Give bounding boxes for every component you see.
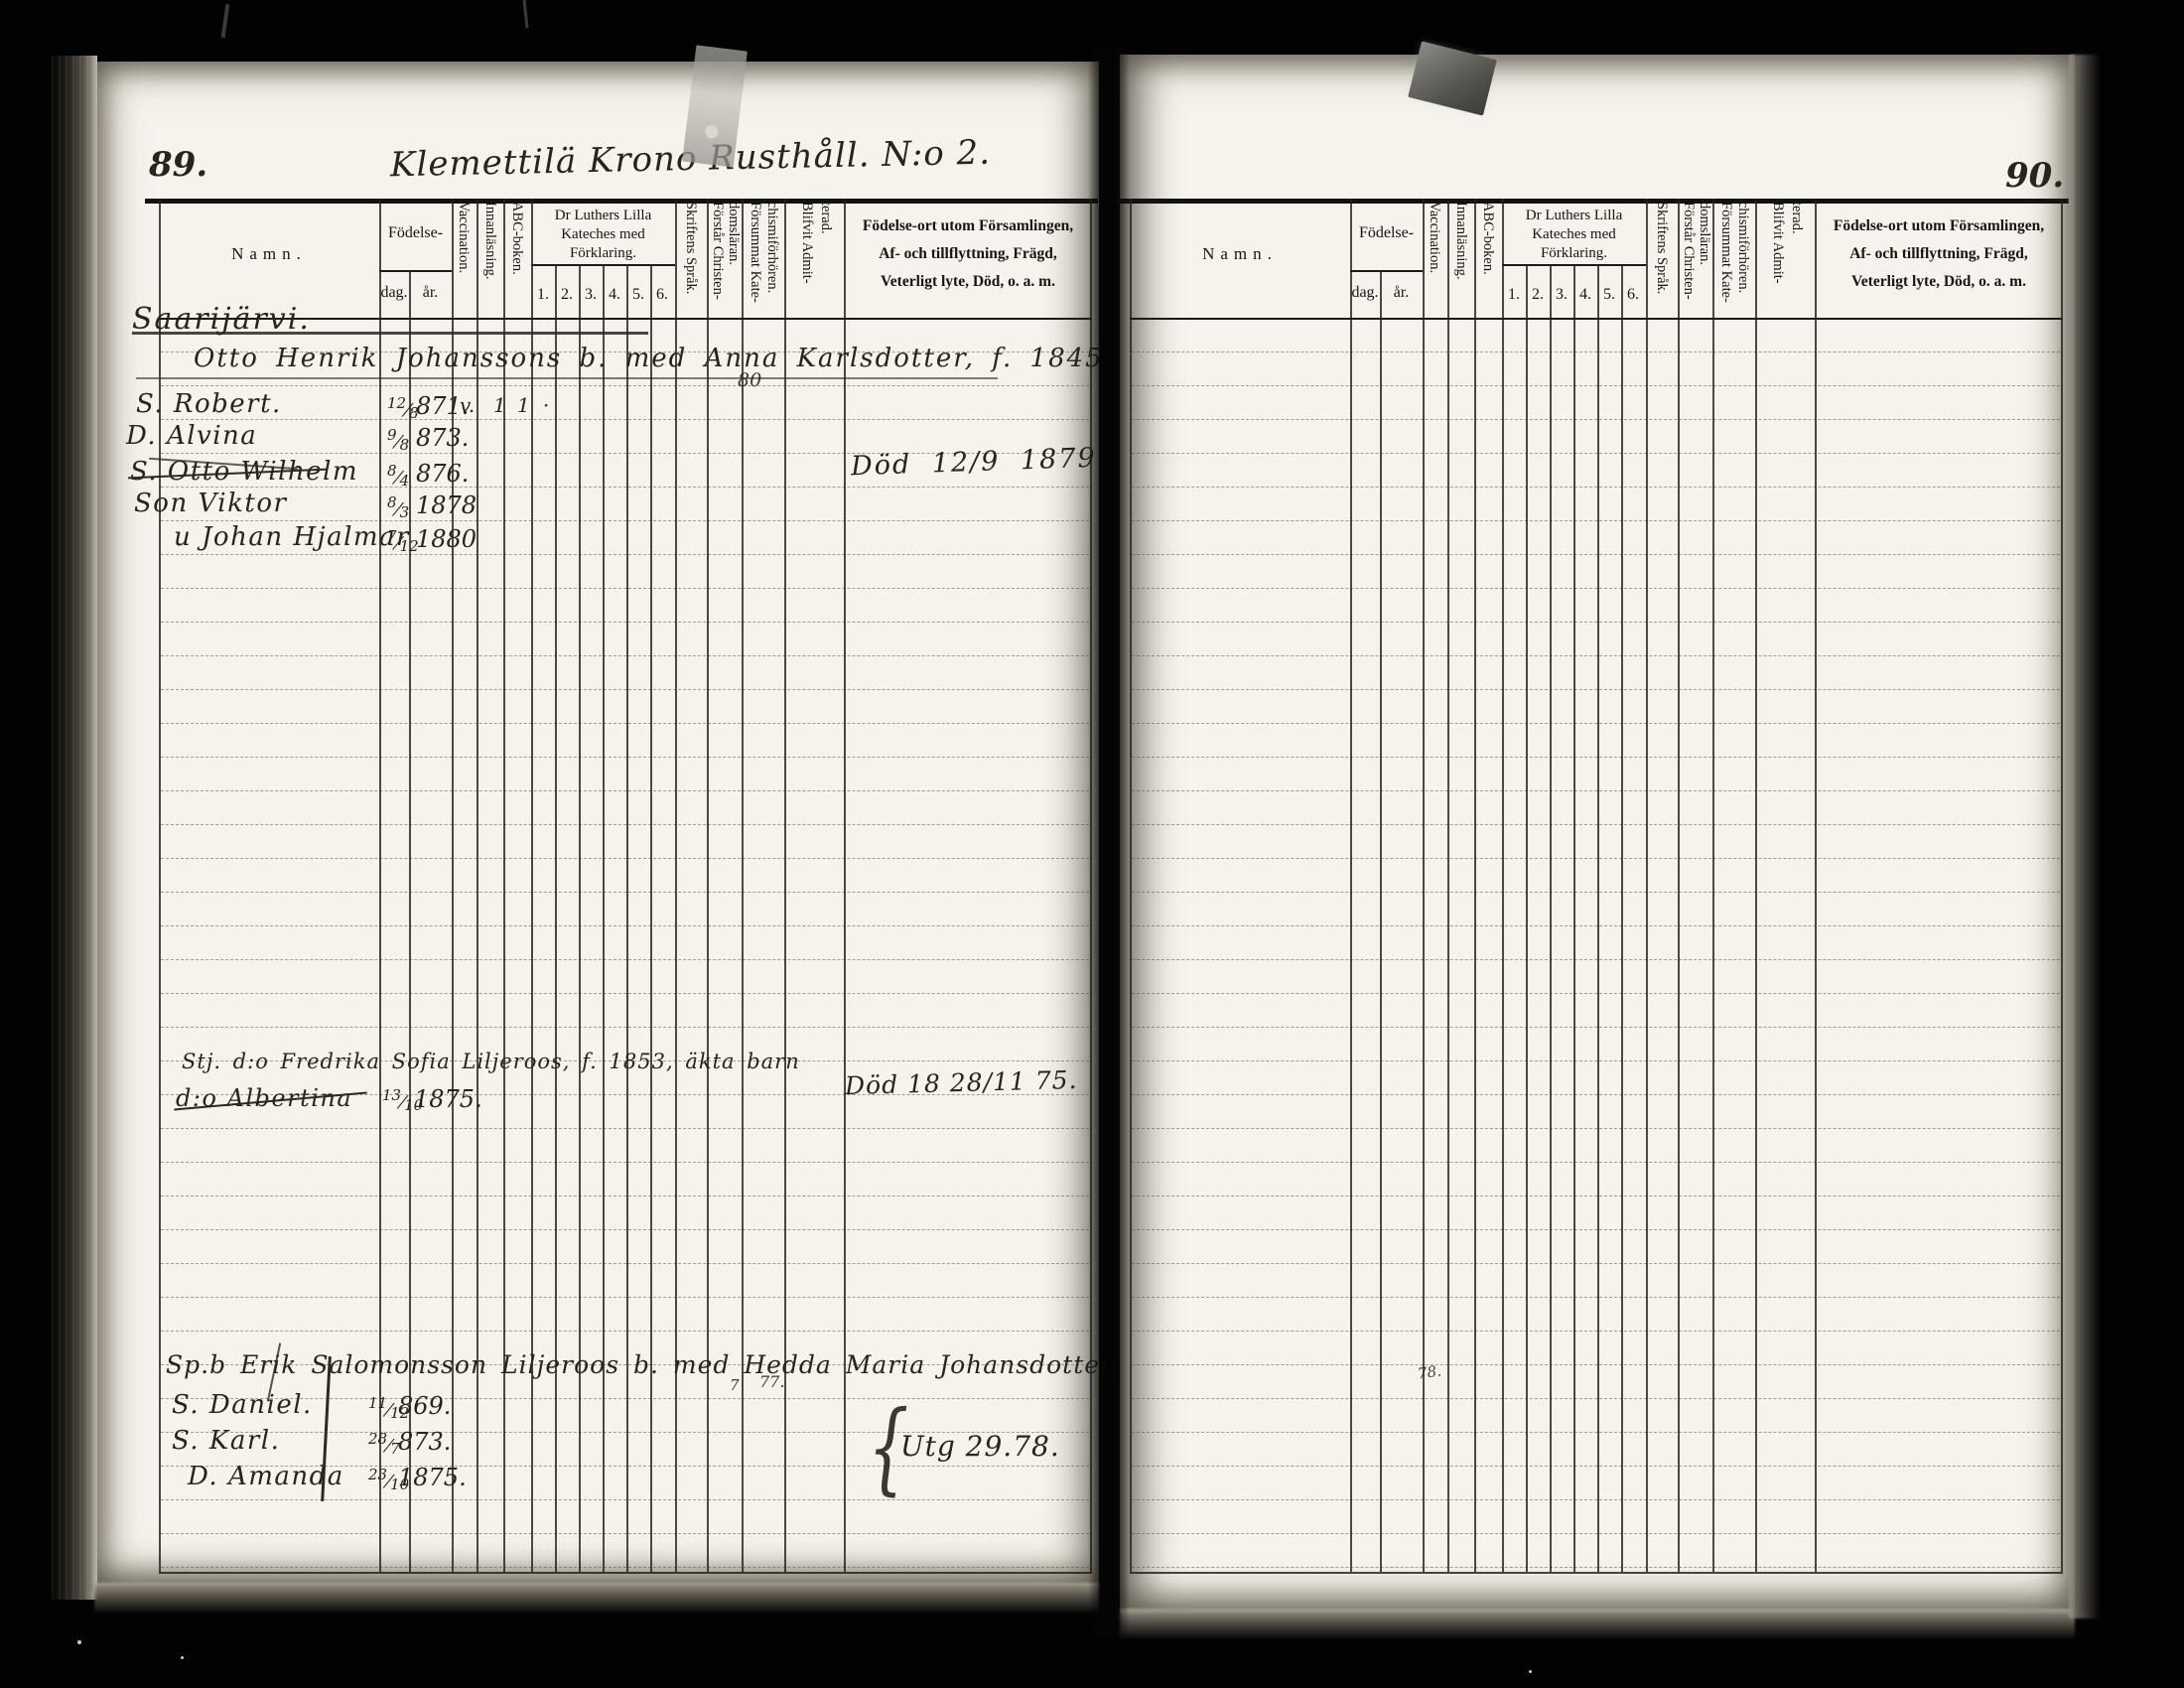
death-note: Död 18 28/11 75. <box>845 1065 1078 1100</box>
ruled-row-line <box>161 1499 1089 1500</box>
table-right: Namn. Födelse- dag. år. Vaccination. Inn… <box>1130 199 2063 1574</box>
family1-header: Otto Henrik Johanssons b. med Anna Karls… <box>194 344 1114 373</box>
table-top-rule <box>145 199 1098 204</box>
entry-name: Son Viktor <box>134 489 287 518</box>
ruled-row-line <box>1132 1027 2060 1028</box>
table-bottom-rule <box>159 1572 1092 1574</box>
kateches-subcol-1: 1. <box>1502 286 1526 304</box>
col-header-vaccination: Vaccination. <box>452 202 477 365</box>
col-header-kateches: Dr Luthers Lilla Kateches med Förklaring… <box>531 207 675 263</box>
ruled-row-line <box>1132 993 2060 994</box>
ruled-row-line <box>1132 1162 2060 1163</box>
entry-birth-day: 12⁄8 <box>387 394 419 422</box>
ruled-row-line <box>161 655 1089 656</box>
col-header-abc-boken: ABC-boken. <box>503 202 531 365</box>
ruled-row-line <box>161 858 1089 859</box>
ruled-row-line <box>161 1128 1089 1129</box>
family3-ref-number: 7 <box>730 1376 740 1394</box>
col-header-innanlasning: Innanläsning. <box>477 202 503 365</box>
col-header-namn: Namn. <box>1130 244 1350 264</box>
page-right-90: 90. Namn. Födelse- dag. år. Vaccination.… <box>1120 55 2075 1614</box>
ruled-row-line <box>161 757 1089 758</box>
page-number-left: 89. <box>149 145 207 185</box>
table-bottom-rule <box>1130 1572 2063 1574</box>
page-left-89: 89. Klemettilä Krono Rusthåll. N:o 2. Na… <box>94 62 1099 1586</box>
ruled-row-line <box>161 824 1089 825</box>
col-header-forsummat-katechismiforhoren: Försummat Kate- chismiförhören. <box>742 202 784 365</box>
ruled-row-line <box>161 1229 1089 1230</box>
column-rule-line <box>1380 270 1382 1572</box>
ruled-row-line <box>1132 1432 2060 1433</box>
ruled-row-line <box>1132 1229 2060 1230</box>
entry-birth-year: 1880 <box>416 525 477 553</box>
col-header-kateches: Dr Luthers Lilla Kateches med Förklaring… <box>1502 207 1646 263</box>
book-spine-edge <box>52 56 97 1600</box>
ruled-row-line <box>161 892 1089 893</box>
ruled-row-line <box>1132 588 2060 589</box>
ruled-row-line <box>1132 622 2060 623</box>
col-header-ar: år. <box>409 284 452 302</box>
kateches-subcol-5: 5. <box>626 286 650 304</box>
column-rule-line <box>1474 199 1476 1572</box>
ruled-row-line <box>161 520 1089 521</box>
ruled-row-line <box>1132 1533 2060 1534</box>
ruled-row-line <box>1132 858 2060 859</box>
entry-name: u Johan Hjalmar <box>174 522 410 552</box>
col-header-ar: år. <box>1380 284 1423 302</box>
kateches-subcol-2: 2. <box>1526 286 1550 304</box>
ruled-row-line <box>1132 1060 2060 1061</box>
kateches-subcol-3: 3. <box>1550 286 1573 304</box>
entry-birth-year: 873. <box>398 1428 451 1456</box>
family1-ref-number: 80 <box>738 369 761 391</box>
col-header-forstar-christendomslaran: Förstår Christen- domsläran. <box>707 202 742 365</box>
ruled-row-line <box>1132 554 2060 555</box>
col-header-fodelse: Födelse- <box>1350 224 1423 242</box>
column-rule-line <box>1447 199 1449 1572</box>
ruled-row-line <box>1132 1263 2060 1264</box>
column-rule-line <box>2061 199 2063 1572</box>
ruled-row-line <box>161 1263 1089 1264</box>
column-rule-line <box>1712 199 1714 1572</box>
col-header-blifvit-admitterad: Blifvit Admit- terad. <box>1755 202 1815 336</box>
kateches-subcol-4: 4. <box>1573 286 1597 304</box>
ruled-row-line <box>1132 487 2060 488</box>
scanned-register-spread: 89. Klemettilä Krono Rusthåll. N:o 2. Na… <box>0 0 2184 1688</box>
scan-streak <box>523 0 529 28</box>
col-header-skriftens-sprak: Skriftens Språk. <box>1646 202 1678 365</box>
column-rule-line <box>1130 199 1132 1572</box>
ruled-row-line <box>161 993 1089 994</box>
ruled-row-line <box>1132 1128 2060 1129</box>
ruled-row-line <box>1132 723 2060 724</box>
ruled-row-line <box>161 1331 1089 1332</box>
ruled-row-line <box>161 723 1089 724</box>
family1-underline <box>136 377 998 379</box>
ruled-row-line <box>1132 959 2060 960</box>
ruled-row-line <box>1132 453 2060 454</box>
entry-birth-year: 869. <box>398 1392 451 1420</box>
column-rule-line <box>1621 264 1623 1572</box>
ruled-row-line <box>1132 1499 2060 1500</box>
col-header-skriftens-sprak: Skriftens Språk. <box>675 202 707 365</box>
entry-birth-year: 1875. <box>414 1085 482 1113</box>
section-underline <box>132 332 648 335</box>
ruled-row-line <box>1132 385 2060 386</box>
entry-name: S. Daniel. <box>172 1390 313 1420</box>
entry-birth-day: 9⁄8 <box>387 426 409 454</box>
ruled-row-line <box>161 622 1089 623</box>
dust-speck <box>181 1656 184 1659</box>
ruled-row-line <box>1132 925 2060 926</box>
fodelse-divider-rule <box>379 270 452 272</box>
scan-streak <box>221 4 230 38</box>
col-header-abc-boken: ABC-boken. <box>1474 202 1502 365</box>
page-number-right: 90. <box>2005 156 2064 196</box>
kateches-subcol-5: 5. <box>1597 286 1621 304</box>
ruled-row-line <box>161 1533 1089 1534</box>
kateches-subcol-2: 2. <box>555 286 579 304</box>
vaccination-mark: v. <box>460 393 475 417</box>
column-rule-line <box>1573 264 1575 1572</box>
ruled-row-line <box>161 959 1089 960</box>
ruled-row-line <box>161 487 1089 488</box>
kateches-subcol-6: 6. <box>1621 286 1645 304</box>
entry-birth-year: 1878 <box>416 492 477 519</box>
column-rule-line <box>1755 199 1757 1572</box>
col-header-vaccination: Vaccination. <box>1423 202 1447 365</box>
ruled-row-line <box>161 790 1089 791</box>
col-header-forstar-christendomslaran: Förstår Christen- domsläran. <box>1678 202 1712 365</box>
entry-name: S. Robert. <box>136 389 282 419</box>
stray-pen-mark: 78. <box>1417 1361 1442 1382</box>
page-right-edge <box>2069 55 2101 1618</box>
abc-mark: 1 <box>517 393 530 417</box>
ruled-row-line <box>1132 892 2060 893</box>
ruled-row-line <box>161 1162 1089 1163</box>
column-rule-line <box>1597 264 1599 1572</box>
ruled-row-line <box>1132 520 2060 521</box>
ruled-row-line <box>1132 689 2060 690</box>
kateches-subcol-4: 4. <box>603 286 626 304</box>
entry-birth-day: 7⁄12 <box>387 527 419 555</box>
innanlasning-mark: 1 <box>493 393 506 417</box>
family3-ref-number: 77. <box>759 1372 784 1391</box>
column-rule-line <box>1815 199 1817 1572</box>
col-header-dag: dag. <box>1350 284 1380 302</box>
fodelse-divider-rule <box>1350 270 1423 272</box>
entry-name: S. Karl. <box>172 1426 280 1456</box>
ruled-row-line <box>161 689 1089 690</box>
kateches-subcol-1: 1. <box>531 286 555 304</box>
kateches-subcol-6: 6. <box>650 286 674 304</box>
ruled-row-line <box>1132 1196 2060 1196</box>
ruled-row-line <box>161 925 1089 926</box>
ruled-row-line <box>161 419 1089 420</box>
ruled-row-line <box>1132 419 2060 420</box>
entry-birth-day: 8⁄4 <box>387 462 409 490</box>
ruled-row-line <box>1132 1398 2060 1399</box>
ruled-row-line <box>1132 1331 2060 1332</box>
column-rule-line <box>1502 199 1504 1572</box>
ruled-row-line <box>161 1567 1089 1568</box>
header-bottom-rule <box>1130 318 2063 320</box>
col-header-namn: Namn. <box>159 244 379 264</box>
ruled-row-line <box>1132 1466 2060 1467</box>
col-header-remarks: Födelse-ort utom Församlingen, Af- och t… <box>1817 212 2061 296</box>
ruled-row-line <box>1132 824 2060 825</box>
ruled-row-line <box>1132 790 2060 791</box>
ruled-row-line <box>1132 1094 2060 1095</box>
ruled-row-line <box>1132 655 2060 656</box>
col-header-blifvit-admitterad: Blifvit Admit- terad. <box>784 202 844 336</box>
entry-birth-year: 873. <box>416 424 469 452</box>
ruled-row-line <box>1132 1364 2060 1365</box>
ruled-row-line <box>161 588 1089 589</box>
ruled-row-line <box>161 385 1089 386</box>
col-header-remarks: Födelse-ort utom Församlingen, Af- och t… <box>846 212 1090 296</box>
moved-out-note: Utg 29.78. <box>900 1430 1060 1463</box>
column-rule-line <box>1550 264 1552 1572</box>
column-rule-line <box>1646 199 1648 1572</box>
entry-birth-year: 876. <box>416 460 469 488</box>
column-rule-line <box>1678 199 1680 1572</box>
ruled-row-line <box>1132 1297 2060 1298</box>
table-top-rule <box>1116 199 2069 204</box>
page-bottom-edge <box>94 1583 1099 1613</box>
book-gutter-shadow <box>1088 48 1130 1636</box>
col-header-forsummat-katechismiforhoren: Försummat Kate- chismiförhören. <box>1712 202 1755 365</box>
ruled-row-line <box>1132 757 2060 758</box>
column-rule-line <box>1526 264 1528 1572</box>
col-header-innanlasning: Innanläsning. <box>1447 202 1474 365</box>
col-header-dag: dag. <box>379 284 409 302</box>
col-header-fodelse: Födelse- <box>379 224 452 242</box>
dust-speck <box>1529 1670 1532 1673</box>
ruled-row-line <box>1132 352 2060 352</box>
page-bottom-edge <box>1120 1609 2075 1638</box>
entry-birth-day: 8⁄3 <box>387 493 409 521</box>
entry-name: D. Alvina <box>126 421 257 451</box>
ruled-row-line <box>161 1196 1089 1196</box>
dust-speck <box>77 1640 81 1644</box>
ruled-row-line <box>1132 1567 2060 1568</box>
family2-header: Stj. d:o Fredrika Sofia Liljeroos, f. 18… <box>182 1050 800 1073</box>
ruled-row-line <box>161 1297 1089 1298</box>
column-rule-line <box>1350 199 1352 1572</box>
kateches-mark: · <box>543 393 549 417</box>
ruled-row-line <box>161 1027 1089 1028</box>
entry-birth-day: 28⁄7 <box>368 1430 400 1458</box>
ruled-row-line <box>161 554 1089 555</box>
kateches-subcol-3: 3. <box>579 286 603 304</box>
entry-birth-year: 1875. <box>398 1464 467 1491</box>
